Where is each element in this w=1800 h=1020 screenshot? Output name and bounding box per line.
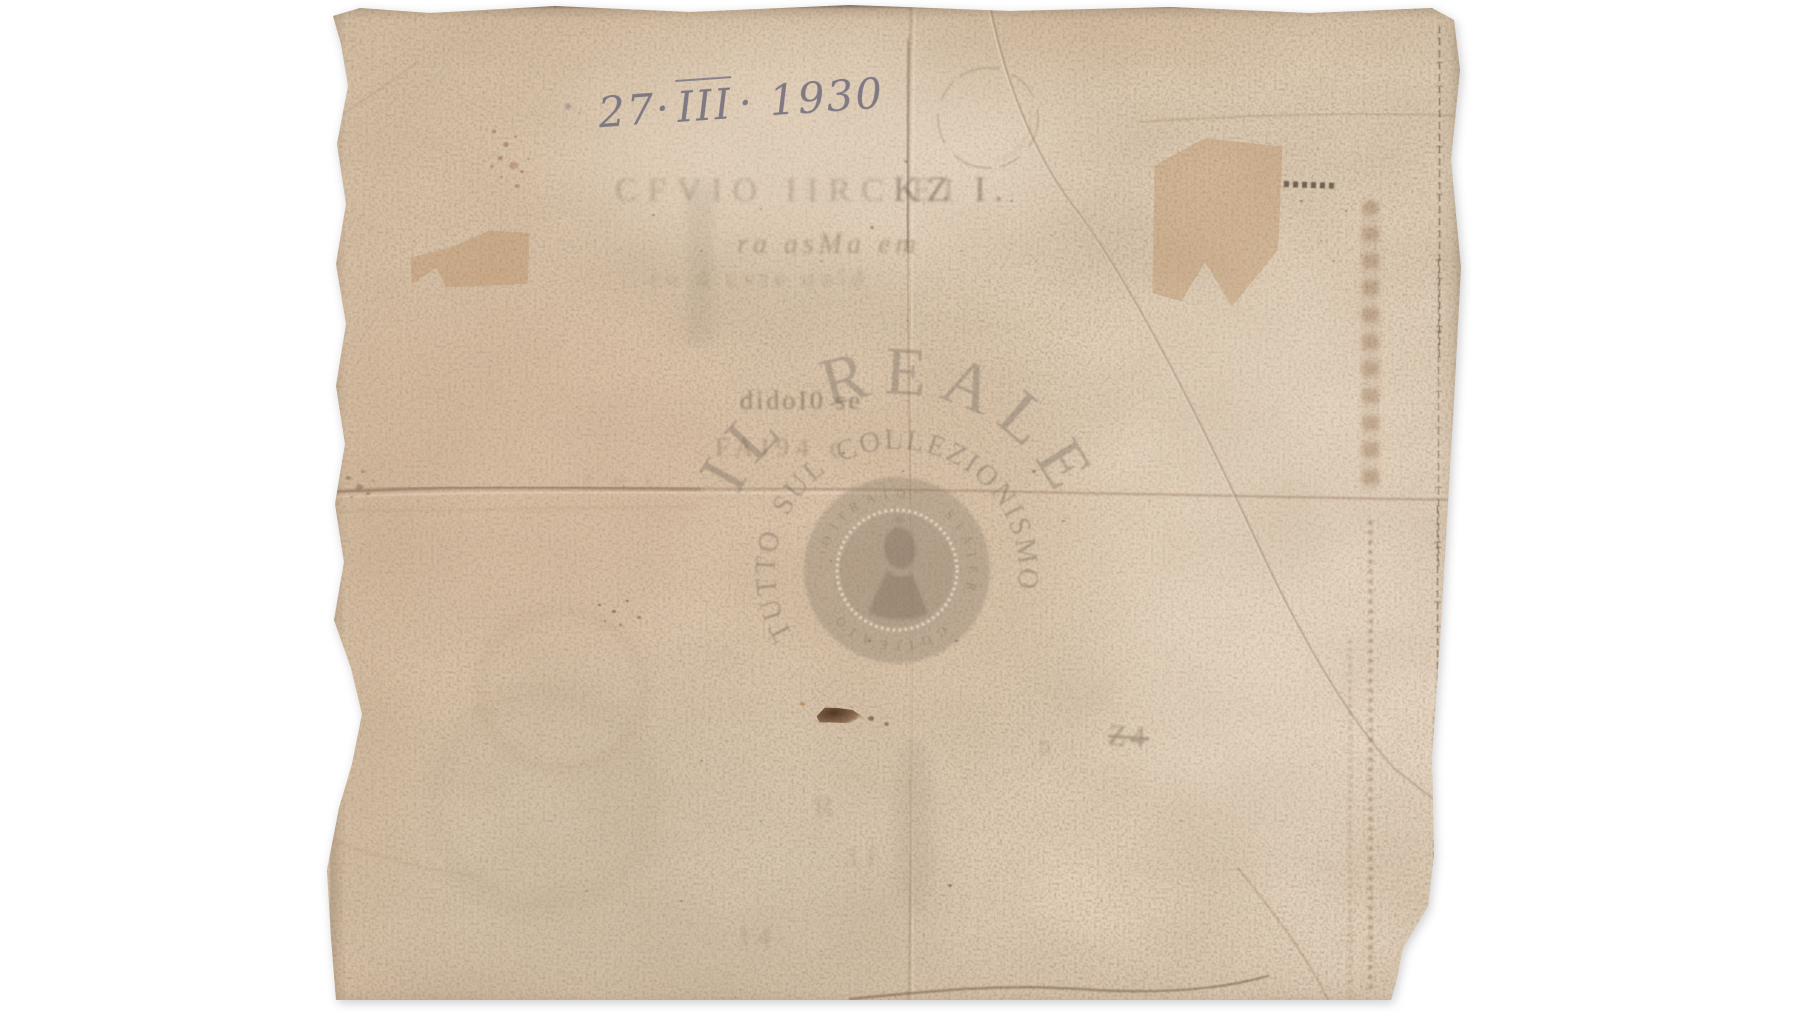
scan-background: · OIIRAIO · SIAIER · COIIEAIO · IL REALE…	[0, 0, 1800, 1000]
paper-vignette	[0, 0, 1800, 1000]
aged-paper-sheet: · OIIRAIO · SIAIER · COIIEAIO · IL REALE…	[0, 0, 1800, 1000]
paper-wrap: · OIIRAIO · SIAIER · COIIEAIO · IL REALE…	[0, 0, 1800, 1000]
